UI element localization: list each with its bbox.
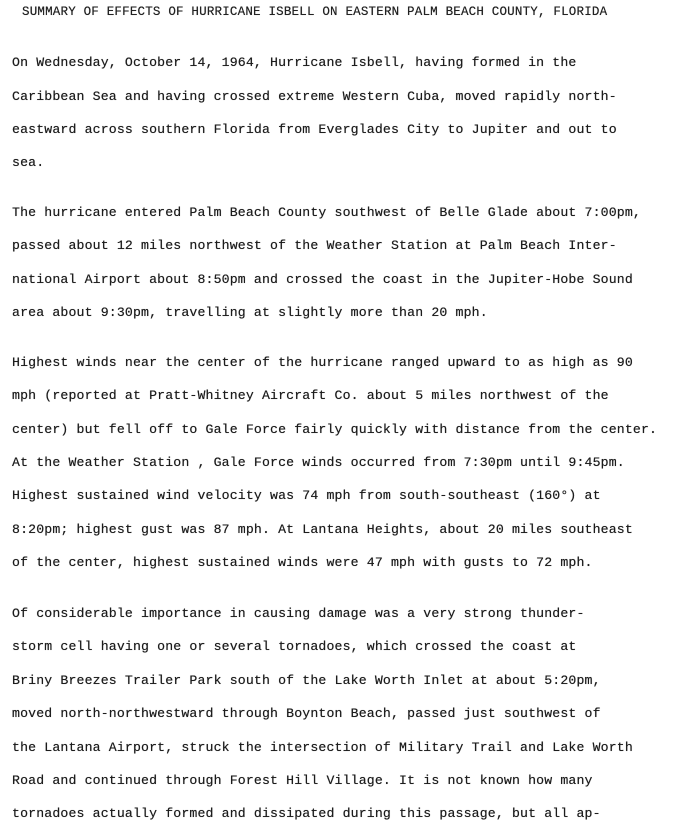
paragraph-3-line-3: center) but fell off to Gale Force fairl… — [12, 422, 657, 437]
paragraph-2-line-3: national Airport about 8:50pm and crosse… — [12, 272, 633, 287]
paragraph-3-line-4: At the Weather Station , Gale Force wind… — [12, 455, 625, 470]
paragraph-3-line-1: Highest winds near the center of the hur… — [12, 355, 633, 370]
paragraph-4-line-4: moved north-northwestward through Boynto… — [12, 706, 601, 721]
paragraph-1-line-1: On Wednesday, October 14, 1964, Hurrican… — [12, 55, 576, 70]
paragraph-2-line-4: area about 9:30pm, travelling at slightl… — [12, 305, 488, 320]
paragraph-4-line-5: the Lantana Airport, struck the intersec… — [12, 740, 633, 755]
paragraph-1-line-4: sea. — [12, 155, 44, 170]
paragraph-4-line-3: Briny Breezes Trailer Park south of the … — [12, 673, 601, 688]
paragraph-1-line-3: eastward across southern Florida from Ev… — [12, 122, 617, 137]
paragraph-1-line-2: Caribbean Sea and having crossed extreme… — [12, 89, 617, 104]
paragraph-3-line-5: Highest sustained wind velocity was 74 m… — [12, 488, 601, 503]
paragraph-4-line-1: Of considerable importance in causing da… — [12, 606, 585, 621]
paragraph-3-line-7: of the center, highest sustained winds w… — [12, 555, 593, 570]
paragraph-2-line-2: passed about 12 miles northwest of the W… — [12, 238, 617, 253]
paragraph-3-line-2: mph (reported at Pratt-Whitney Aircraft … — [12, 388, 609, 403]
paragraph-3-line-6: 8:20pm; highest gust was 87 mph. At Lant… — [12, 522, 633, 537]
paragraph-2-line-1: The hurricane entered Palm Beach County … — [12, 205, 641, 220]
document-page: SUMMARY OF EFFECTS OF HURRICANE ISBELL O… — [0, 0, 690, 838]
document-title: SUMMARY OF EFFECTS OF HURRICANE ISBELL O… — [22, 5, 607, 19]
paragraph-4-line-7: tornadoes actually formed and dissipated… — [12, 806, 601, 821]
paragraph-4-line-6: Road and continued through Forest Hill V… — [12, 773, 593, 788]
paragraph-4-line-2: storm cell having one or several tornado… — [12, 639, 576, 654]
